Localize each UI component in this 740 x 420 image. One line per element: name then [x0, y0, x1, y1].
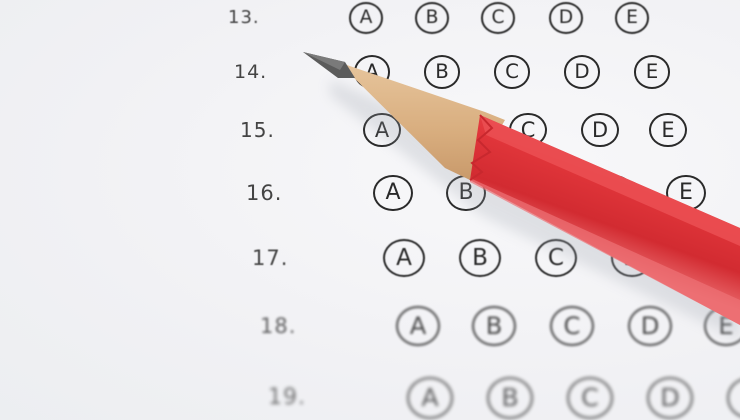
pencil-icon	[0, 0, 740, 420]
